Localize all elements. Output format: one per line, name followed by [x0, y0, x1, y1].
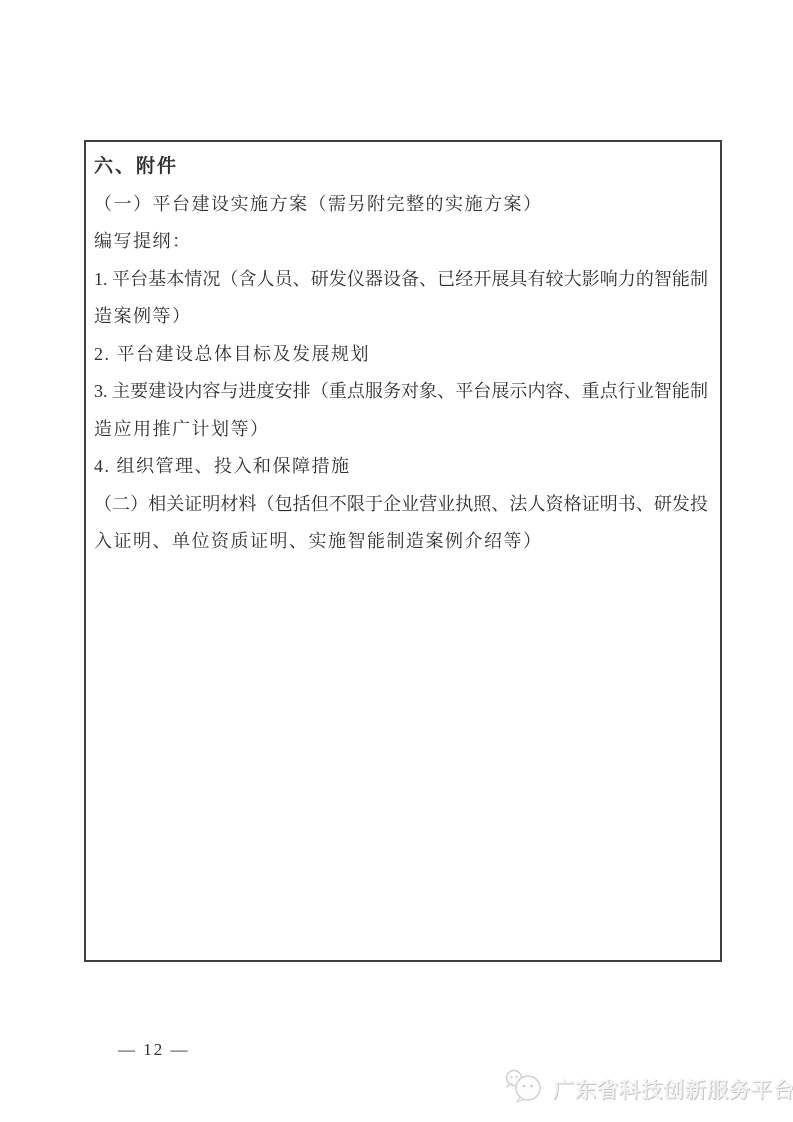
document-lines: 六、附件（一）平台建设实施方案（需另附完整的实施方案）编写提纲：1. 平台基本情…: [94, 148, 708, 561]
watermark-text: 广东省科技创新服务平台: [553, 1074, 793, 1104]
document-line: 造案例等）: [94, 298, 708, 336]
document-line: 4. 组织管理、投入和保障措施: [94, 448, 708, 486]
document-line: 3. 主要建设内容与进度安排（重点服务对象、平台展示内容、重点行业智能制: [94, 373, 708, 411]
document-line: 造应用推广计划等）: [94, 411, 708, 449]
attachment-section-box: 六、附件（一）平台建设实施方案（需另附完整的实施方案）编写提纲：1. 平台基本情…: [84, 140, 722, 962]
document-page: 六、附件（一）平台建设实施方案（需另附完整的实施方案）编写提纲：1. 平台基本情…: [0, 0, 793, 1122]
footer-watermark: 广东省科技创新服务平台: [503, 1068, 793, 1109]
document-line: （二）相关证明材料（包括但不限于企业营业执照、法人资格证明书、研发投: [94, 486, 708, 524]
document-line: 编写提纲：: [94, 223, 708, 261]
document-line: 2. 平台建设总体目标及发展规划: [94, 336, 708, 374]
wechat-icon: [503, 1068, 545, 1109]
document-line: 入证明、单位资质证明、实施智能制造案例介绍等）: [94, 523, 708, 561]
document-line: （一）平台建设实施方案（需另附完整的实施方案）: [94, 186, 708, 224]
section-heading: 六、附件: [94, 148, 708, 186]
document-line: 1. 平台基本情况（含人员、研发仪器设备、已经开展具有较大影响力的智能制: [94, 261, 708, 299]
page-number: — 12 —: [118, 1040, 190, 1060]
